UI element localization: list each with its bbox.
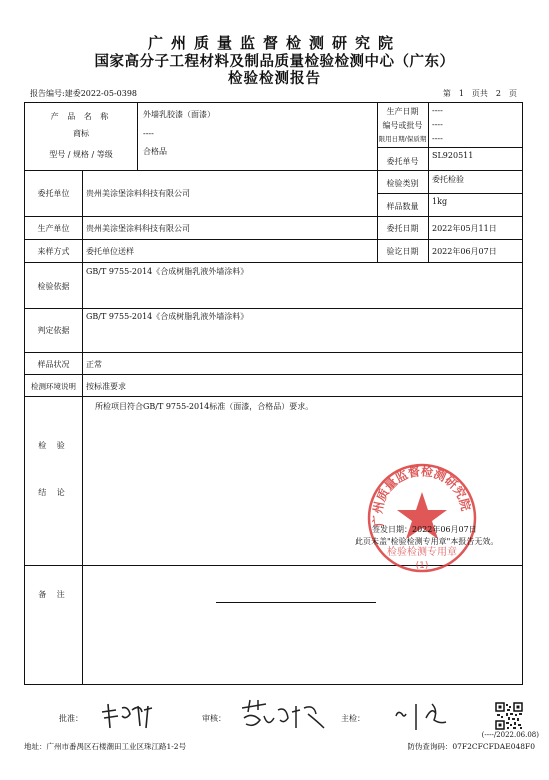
brand-label: 商标 bbox=[25, 128, 137, 139]
report-table: 产 品 名 称 商标 型号 / 规格 / 等级 外墙乳胶漆（面漆） ---- 合… bbox=[24, 102, 523, 685]
report-number: 报告编号:建委2022-05-0398 bbox=[30, 88, 137, 99]
page-current: 1 bbox=[459, 89, 464, 98]
document-title: 检验检测报告 bbox=[0, 67, 549, 88]
environment-label: 检测环境说明 bbox=[25, 381, 82, 392]
model-label: 型号 / 规格 / 等级 bbox=[25, 149, 137, 160]
client-value: 贵州美涂堡涂料科技有限公司 bbox=[86, 188, 190, 199]
conclusion-label-2: 结 论 bbox=[25, 487, 82, 498]
remarks-blank-line bbox=[216, 602, 376, 603]
chief-inspector-label: 主检： bbox=[341, 713, 365, 724]
test-basis-value: GB/T 9755-2014《合成树脂乳液外墙涂料》 bbox=[86, 266, 248, 277]
test-type-label: 检验类别 bbox=[377, 178, 428, 189]
stamp-note: 此页未盖"检验检测专用章"本报告无效。 bbox=[355, 536, 498, 547]
batch-label: 编号或批号 bbox=[377, 120, 428, 131]
judge-basis-label: 判定依据 bbox=[25, 325, 82, 336]
col-divider bbox=[137, 103, 138, 170]
producer-value: 贵州美涂堡涂料科技有限公司 bbox=[86, 223, 190, 234]
remarks-label: 备 注 bbox=[25, 589, 82, 600]
production-date-value: ---- bbox=[432, 106, 443, 115]
page-prefix: 第 bbox=[443, 89, 451, 98]
anticounterfeit-code: 防伪查询码：07F2CFCFDAE048F0 bbox=[407, 741, 535, 752]
approve-label: 批准： bbox=[59, 713, 83, 724]
report-number-value: 建委2022-05-0398 bbox=[65, 89, 137, 98]
sampling-label: 来样方式 bbox=[25, 246, 82, 257]
sample-status-value: 正常 bbox=[86, 359, 102, 370]
address: 地址：广州市番禺区石楼潮田工业区珠江路1-2号 bbox=[24, 741, 186, 752]
row-divider bbox=[25, 396, 522, 397]
brand-value: ---- bbox=[143, 129, 154, 138]
row-divider bbox=[25, 262, 522, 263]
row-divider bbox=[25, 308, 522, 309]
anticounterfeit-value: 07F2CFCFDAE048F0 bbox=[452, 742, 535, 751]
issue-date: 签发日期：2022年06月07日 bbox=[372, 524, 477, 535]
expiry-label: 限用日期/保质期 bbox=[377, 134, 428, 143]
judge-basis-value: GB/T 9755-2014《合成树脂乳液外墙涂料》 bbox=[86, 311, 248, 322]
reviewer-signature-icon bbox=[238, 698, 328, 732]
product-name-value: 外墙乳胶漆（面漆） bbox=[143, 109, 215, 120]
report-number-label: 报告编号: bbox=[30, 89, 65, 98]
inspector-signature-icon bbox=[392, 700, 452, 732]
row-divider bbox=[25, 565, 522, 566]
row-divider bbox=[25, 170, 522, 171]
model-value: 合格品 bbox=[143, 146, 167, 157]
test-type-value: 委托检验 bbox=[432, 174, 464, 185]
expiry-value: ---- bbox=[432, 134, 443, 143]
finish-date-label: 验讫日期 bbox=[377, 246, 428, 257]
page-total: 2 bbox=[496, 89, 501, 98]
row-divider bbox=[25, 352, 522, 353]
test-basis-label: 检验依据 bbox=[25, 281, 82, 292]
production-date-label: 生产日期 bbox=[377, 106, 428, 117]
page-suffix: 页 bbox=[509, 89, 517, 98]
sampling-value: 委托单位送样 bbox=[86, 246, 134, 257]
environment-value: 按标准要求 bbox=[86, 381, 126, 392]
conclusion-label-1: 检 验 bbox=[25, 440, 82, 451]
page-mid: 页共 bbox=[472, 89, 488, 98]
qr-code-icon[interactable] bbox=[495, 702, 523, 730]
review-label: 审核： bbox=[202, 713, 226, 724]
row-divider bbox=[25, 374, 522, 375]
client-label: 委托单位 bbox=[25, 188, 82, 199]
entrust-date-value: 2022年05月11日 bbox=[432, 223, 497, 234]
page-indicator: 第1页共2页 bbox=[439, 88, 521, 99]
row-divider bbox=[377, 147, 522, 148]
row-divider bbox=[25, 239, 522, 240]
product-name-label: 产 品 名 称 bbox=[25, 111, 137, 122]
anticounterfeit-label: 防伪查询码： bbox=[407, 742, 452, 751]
order-no-label: 委托单号 bbox=[377, 156, 428, 167]
col-divider bbox=[82, 170, 83, 684]
quantity-value: 1kg bbox=[432, 197, 447, 206]
approver-signature-icon bbox=[98, 700, 158, 730]
producer-label: 生产单位 bbox=[25, 223, 82, 234]
entrust-date-label: 委托日期 bbox=[377, 223, 428, 234]
finish-date-value: 2022年06月07日 bbox=[432, 246, 497, 257]
order-no-value: SL920511 bbox=[432, 151, 473, 160]
sample-status-label: 样品状况 bbox=[25, 359, 82, 370]
row-divider bbox=[25, 216, 522, 217]
conclusion-text: 所检项目符合GB/T 9755-2014标准（面漆，合格品）要求。 bbox=[95, 401, 313, 412]
col-divider bbox=[428, 103, 429, 262]
quantity-label: 样品数量 bbox=[377, 201, 428, 212]
qr-date: (----/2022.06.08) bbox=[482, 731, 539, 739]
row-divider bbox=[377, 193, 522, 194]
batch-value: ---- bbox=[432, 120, 443, 129]
